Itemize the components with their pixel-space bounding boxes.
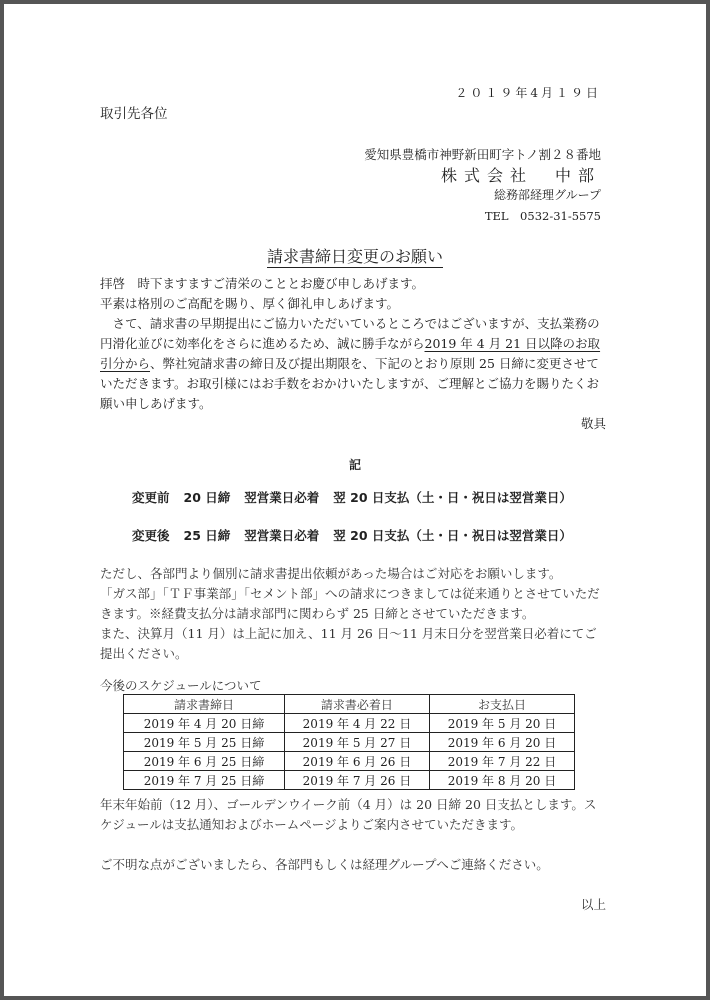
- greeting-2: 平素は格別のご高配を賜り、厚く御礼申しあげます。: [100, 294, 606, 314]
- table-cell: 2019 年 6 月 25 日締: [124, 752, 285, 771]
- note-1: ただし、各部門より個別に請求書提出依頼があった場合はご対応をお願いします。: [100, 564, 606, 584]
- contact-note: ご不明な点がございましたら、各部門もしくは経理グループへご連絡ください。: [100, 855, 606, 875]
- table-cell: 2019 年 6 月 20 日: [429, 733, 574, 752]
- closing-keigu: 敬具: [100, 414, 606, 434]
- document-title: 請求書締日変更のお願い: [4, 244, 706, 267]
- sender-department: 総務部経理グループ: [494, 186, 601, 203]
- company-name: 中部: [555, 166, 601, 185]
- table-row: 2019 年 4 月 20 日締 2019 年 4 月 22 日 2019 年 …: [124, 714, 575, 733]
- table-row: 2019 年 5 月 25 日締 2019 年 5 月 27 日 2019 年 …: [124, 733, 575, 752]
- condition-after: 変更後25 日締翌営業日必着翌 20 日支払（土・日・祝日は翌営業日）: [132, 526, 572, 544]
- company-prefix: 株式会社: [441, 166, 533, 185]
- table-cell: 2019 年 7 月 22 日: [429, 752, 574, 771]
- recipient: 取引先各位: [100, 102, 168, 122]
- sender-address: 愛知県豊橋市神野新田町字トノ割２８番地: [364, 145, 601, 163]
- sender-tel: TEL 0532-31-5575: [485, 208, 601, 224]
- note-2: 「ガス部」「ＴＦ事業部」「セメント部」への請求につきましては従来通りとさせていた…: [100, 584, 606, 624]
- greeting-1: 拝啓 時下ますますご清栄のこととお慶び申しあげます。: [100, 274, 606, 294]
- table-cell: 2019 年 5 月 27 日: [284, 733, 429, 752]
- column-header: 請求書必着日: [284, 695, 429, 714]
- ki-heading: 記: [4, 456, 706, 473]
- letter-date: ２０１９年4月１９日: [455, 84, 601, 101]
- table-row: 2019 年 6 月 25 日締 2019 年 6 月 26 日 2019 年 …: [124, 752, 575, 771]
- table-cell: 2019 年 7 月 25 日締: [124, 771, 285, 790]
- closing-ijou: 以上: [100, 895, 606, 915]
- table-cell: 2019 年 4 月 22 日: [284, 714, 429, 733]
- column-header: お支払日: [429, 695, 574, 714]
- main-paragraph: さて、請求書の早期提出にご協力いただいているところではございますが、支払業務の円…: [100, 314, 606, 414]
- table-cell: 2019 年 7 月 26 日: [284, 771, 429, 790]
- sender-company: 株式会社中部: [441, 163, 601, 186]
- column-header: 請求書締日: [124, 695, 285, 714]
- table-cell: 2019 年 5 月 25 日締: [124, 733, 285, 752]
- document-page: ２０１９年4月１９日 取引先各位 愛知県豊橋市神野新田町字トノ割２８番地 株式会…: [4, 4, 706, 996]
- footer-text: 年末年始前（12 月）、ゴールデンウイーク前（4 月）は 20 日締 20 日支…: [100, 795, 606, 915]
- table-cell: 2019 年 4 月 20 日締: [124, 714, 285, 733]
- note-3: また、決算月（11 月）は上記に加え、11 月 26 日～11 月末日分を翌営業…: [100, 624, 606, 664]
- table-cell: 2019 年 8 月 20 日: [429, 771, 574, 790]
- body-text: 拝啓 時下ますますご清栄のこととお慶び申しあげます。 平素は格別のご高配を賜り、…: [100, 274, 606, 434]
- condition-before: 変更前20 日締翌営業日必着翌 20 日支払（土・日・祝日は翌営業日）: [132, 488, 572, 506]
- table-cell: 2019 年 6 月 26 日: [284, 752, 429, 771]
- schedule-heading: 今後のスケジュールについて: [100, 676, 262, 694]
- table-header-row: 請求書締日 請求書必着日 お支払日: [124, 695, 575, 714]
- holiday-note: 年末年始前（12 月）、ゴールデンウイーク前（4 月）は 20 日締 20 日支…: [100, 795, 606, 835]
- notes: ただし、各部門より個別に請求書提出依頼があった場合はご対応をお願いします。 「ガ…: [100, 564, 606, 664]
- table-row: 2019 年 7 月 25 日締 2019 年 7 月 26 日 2019 年 …: [124, 771, 575, 790]
- table-cell: 2019 年 5 月 20 日: [429, 714, 574, 733]
- schedule-table: 請求書締日 請求書必着日 お支払日 2019 年 4 月 20 日締 2019 …: [123, 694, 575, 790]
